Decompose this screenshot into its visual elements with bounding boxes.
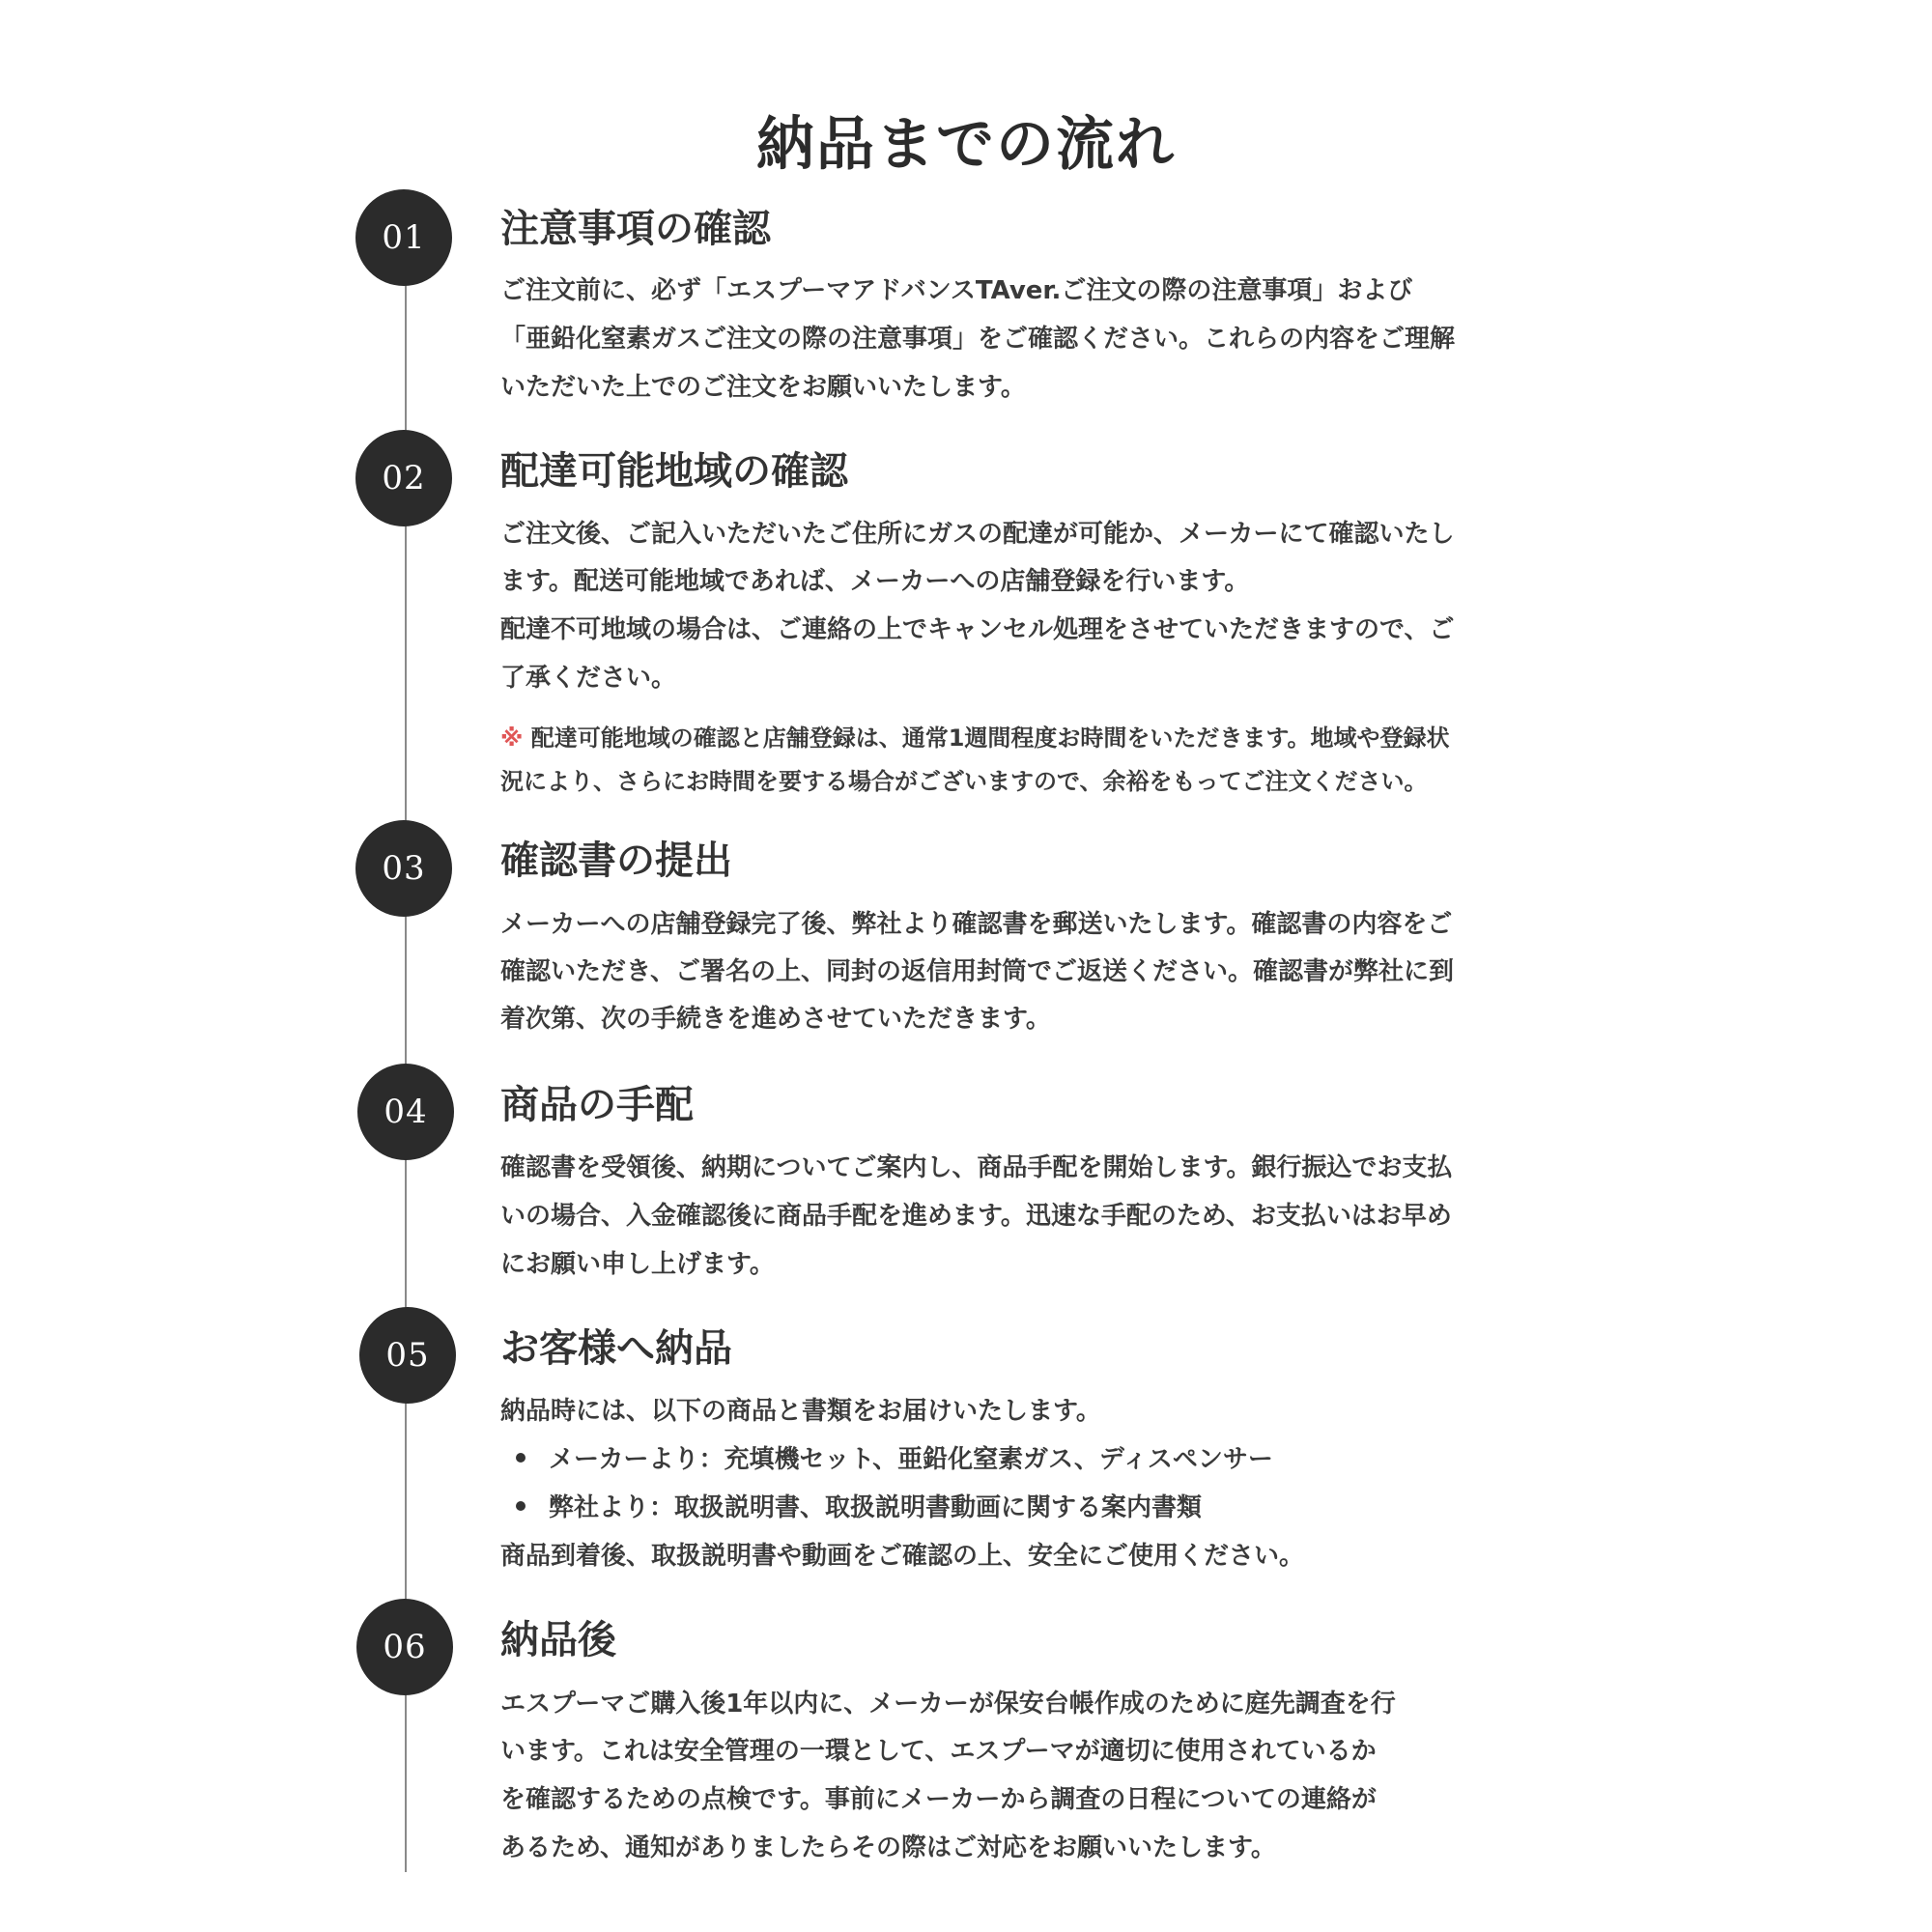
step-heading: 商品の手配	[500, 1074, 694, 1129]
step-note-line: ※ 配達可能地域の確認と店舗登録は、通常1週間程度お時間をいただきます。地域や登…	[500, 719, 1449, 753]
step-note-line: 況により、さらにお時間を要する場合がございますので、余裕をもってご注文ください。	[500, 762, 1428, 796]
step-text-line: 確認書を受領後、納期についてご案内し、商品手配を開始します。銀行振込でお支払	[500, 1148, 1452, 1183]
step-heading: 配達可能地域の確認	[500, 440, 848, 496]
note-text: 配達可能地域の確認と店舗登録は、通常1週間程度お時間をいただきます。地域や登録状	[531, 724, 1450, 752]
step-text-line: 了承ください。	[500, 658, 676, 694]
step-number-badge: 05	[359, 1307, 456, 1404]
step-heading: お客様へ納品	[500, 1318, 732, 1373]
step-heading: 納品後	[500, 1609, 616, 1664]
step-text-line: を確認するための点検です。事前にメーカーから調査の日程についての連絡が	[500, 1779, 1377, 1815]
step-text-line: 確認いただき、ご署名の上、同封の返信用封筒でご返送ください。確認書が弊社に到	[500, 952, 1454, 987]
step-text-line: メーカーへの店舗登録完了後、弊社より確認書を郵送いたします。確認書の内容をご	[500, 904, 1452, 940]
step-text-line: ご注文前に、必ず「エスプーマアドバンスTAver.ご注文の際の注意事項」および	[500, 270, 1412, 306]
step-text-line: にお願い申し上げます。	[500, 1244, 775, 1280]
step-text-line: あるため、通知がありましたらその際はご対応をお願いいたします。	[500, 1828, 1276, 1863]
step-number-badge: 06	[356, 1599, 453, 1695]
bullet-dot-icon	[516, 1501, 526, 1511]
bullet-dot-icon	[516, 1453, 526, 1463]
step-number-badge: 02	[355, 430, 452, 526]
step-text-line: 「亜鉛化窒素ガスご注文の際の注意事項」をご確認ください。これらの内容をご理解	[500, 319, 1455, 355]
step-text-line: ます。配送可能地域であれば、メーカーへの店舗登録を行います。	[500, 561, 1249, 597]
step-text-line: ご注文後、ご記入いただいたご住所にガスの配達が可能か、メーカーにて確認いたし	[500, 514, 1454, 550]
bullet-item: 弊社より：取扱説明書、取扱説明書動画に関する案内書類	[549, 1488, 1202, 1523]
step-intro-text: 納品時には、以下の商品と書類をお届けいたします。	[500, 1391, 1101, 1427]
step-outro-text: 商品到着後、取扱説明書や動画をご確認の上、安全にご使用ください。	[500, 1536, 1304, 1572]
step-text-line: エスプーマご購入後1年以内に、メーカーが保安台帳作成のために庭先調査を行	[500, 1684, 1396, 1719]
step-heading: 確認書の提出	[500, 830, 732, 885]
step-heading: 注意事項の確認	[500, 198, 771, 253]
step-text-line: いの場合、入金確認後に商品手配を進めます。迅速な手配のため、お支払いはお早め	[500, 1196, 1452, 1232]
note-asterisk-mark: ※	[500, 724, 523, 752]
bullet-item: メーカーより：充填機セット、亜鉛化窒素ガス、ディスペンサー	[549, 1439, 1273, 1475]
step-number-badge: 03	[355, 820, 452, 917]
step-text-line: 着次第、次の手続きを進めさせていただきます。	[500, 999, 1051, 1035]
step-number-badge: 04	[357, 1064, 454, 1160]
page-title: 納品までの流れ	[0, 99, 1932, 182]
step-text-line: います。これは安全管理の一環として、エスプーマが適切に使用されているか	[500, 1731, 1377, 1767]
step-text-line: 配達不可地域の場合は、ご連絡の上でキャンセル処理をさせていただきますので、ご	[500, 610, 1454, 645]
step-number-badge: 01	[355, 189, 452, 286]
step-text-line: いただいた上でのご注文をお願いいたします。	[500, 367, 1026, 403]
